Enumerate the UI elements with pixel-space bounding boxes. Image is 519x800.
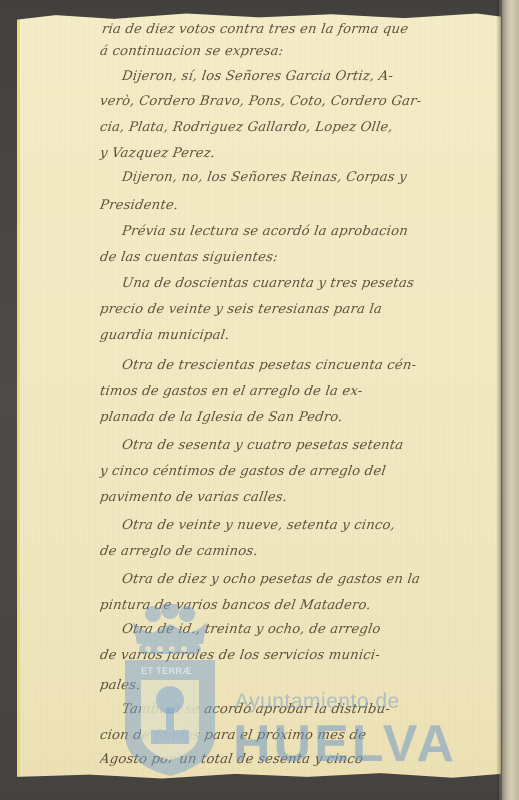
text-line: Otra de veinte y nueve, setenta y cinco, bbox=[121, 518, 519, 533]
text-line: planada de la Iglesia de San Pedro. bbox=[99, 410, 499, 425]
text-line: Una de doscientas cuarenta y tres peseta… bbox=[121, 276, 519, 291]
text-line: á continuacion se expresa: bbox=[99, 44, 499, 59]
text-line: timos de gastos en el arreglo de la ex- bbox=[99, 384, 499, 399]
text-line: Presidente. bbox=[99, 198, 499, 213]
text-line: de las cuentas siguientes: bbox=[99, 250, 499, 265]
text-line: Agosto por un total de sesenta y cinco bbox=[99, 752, 499, 767]
text-line: Dijeron, no, los Señores Reinas, Corpas … bbox=[121, 170, 519, 185]
book-spine bbox=[499, 0, 519, 800]
text-line: y cinco céntimos de gastos de arreglo de… bbox=[99, 464, 499, 479]
text-line: Otra de trescientas pesetas cincuenta cé… bbox=[121, 358, 519, 373]
text-line: pales. bbox=[99, 678, 499, 693]
text-line: pavimento de varias calles. bbox=[99, 490, 499, 505]
text-line: Tambien se acordó aprobar la distribu- bbox=[121, 702, 519, 717]
text-line: cion de fondos para el próximo mes de bbox=[99, 728, 499, 743]
text-line: pintura de varios bancos del Matadero. bbox=[99, 598, 499, 613]
text-line: de arreglo de caminos. bbox=[99, 544, 499, 559]
text-line: precio de veinte y seis teresianas para … bbox=[99, 302, 499, 317]
text-line: Otra de id., treinta y ocho, de arreglo bbox=[121, 622, 519, 637]
text-line: ria de diez votos contra tres en la form… bbox=[101, 22, 501, 37]
text-line: de varios faroles de los servicios munic… bbox=[99, 648, 499, 663]
text-line: Otra de diez y ocho pesetas de gastos en… bbox=[121, 572, 519, 587]
text-line: verò, Cordero Bravo, Pons, Coto, Cordero… bbox=[99, 94, 499, 109]
text-line: Prévia su lectura se acordó la aprobacio… bbox=[121, 224, 519, 239]
text-line: cia, Plata, Rodriguez Gallardo, Lopez Ol… bbox=[99, 120, 499, 135]
text-line: guardia municipal. bbox=[99, 328, 499, 343]
text-line: Otra de sesenta y cuatro pesetas setenta bbox=[121, 438, 519, 453]
text-line: Dijeron, sí, los Señores Garcia Ortiz, A… bbox=[121, 69, 519, 84]
text-line: y Vazquez Perez. bbox=[99, 146, 499, 161]
